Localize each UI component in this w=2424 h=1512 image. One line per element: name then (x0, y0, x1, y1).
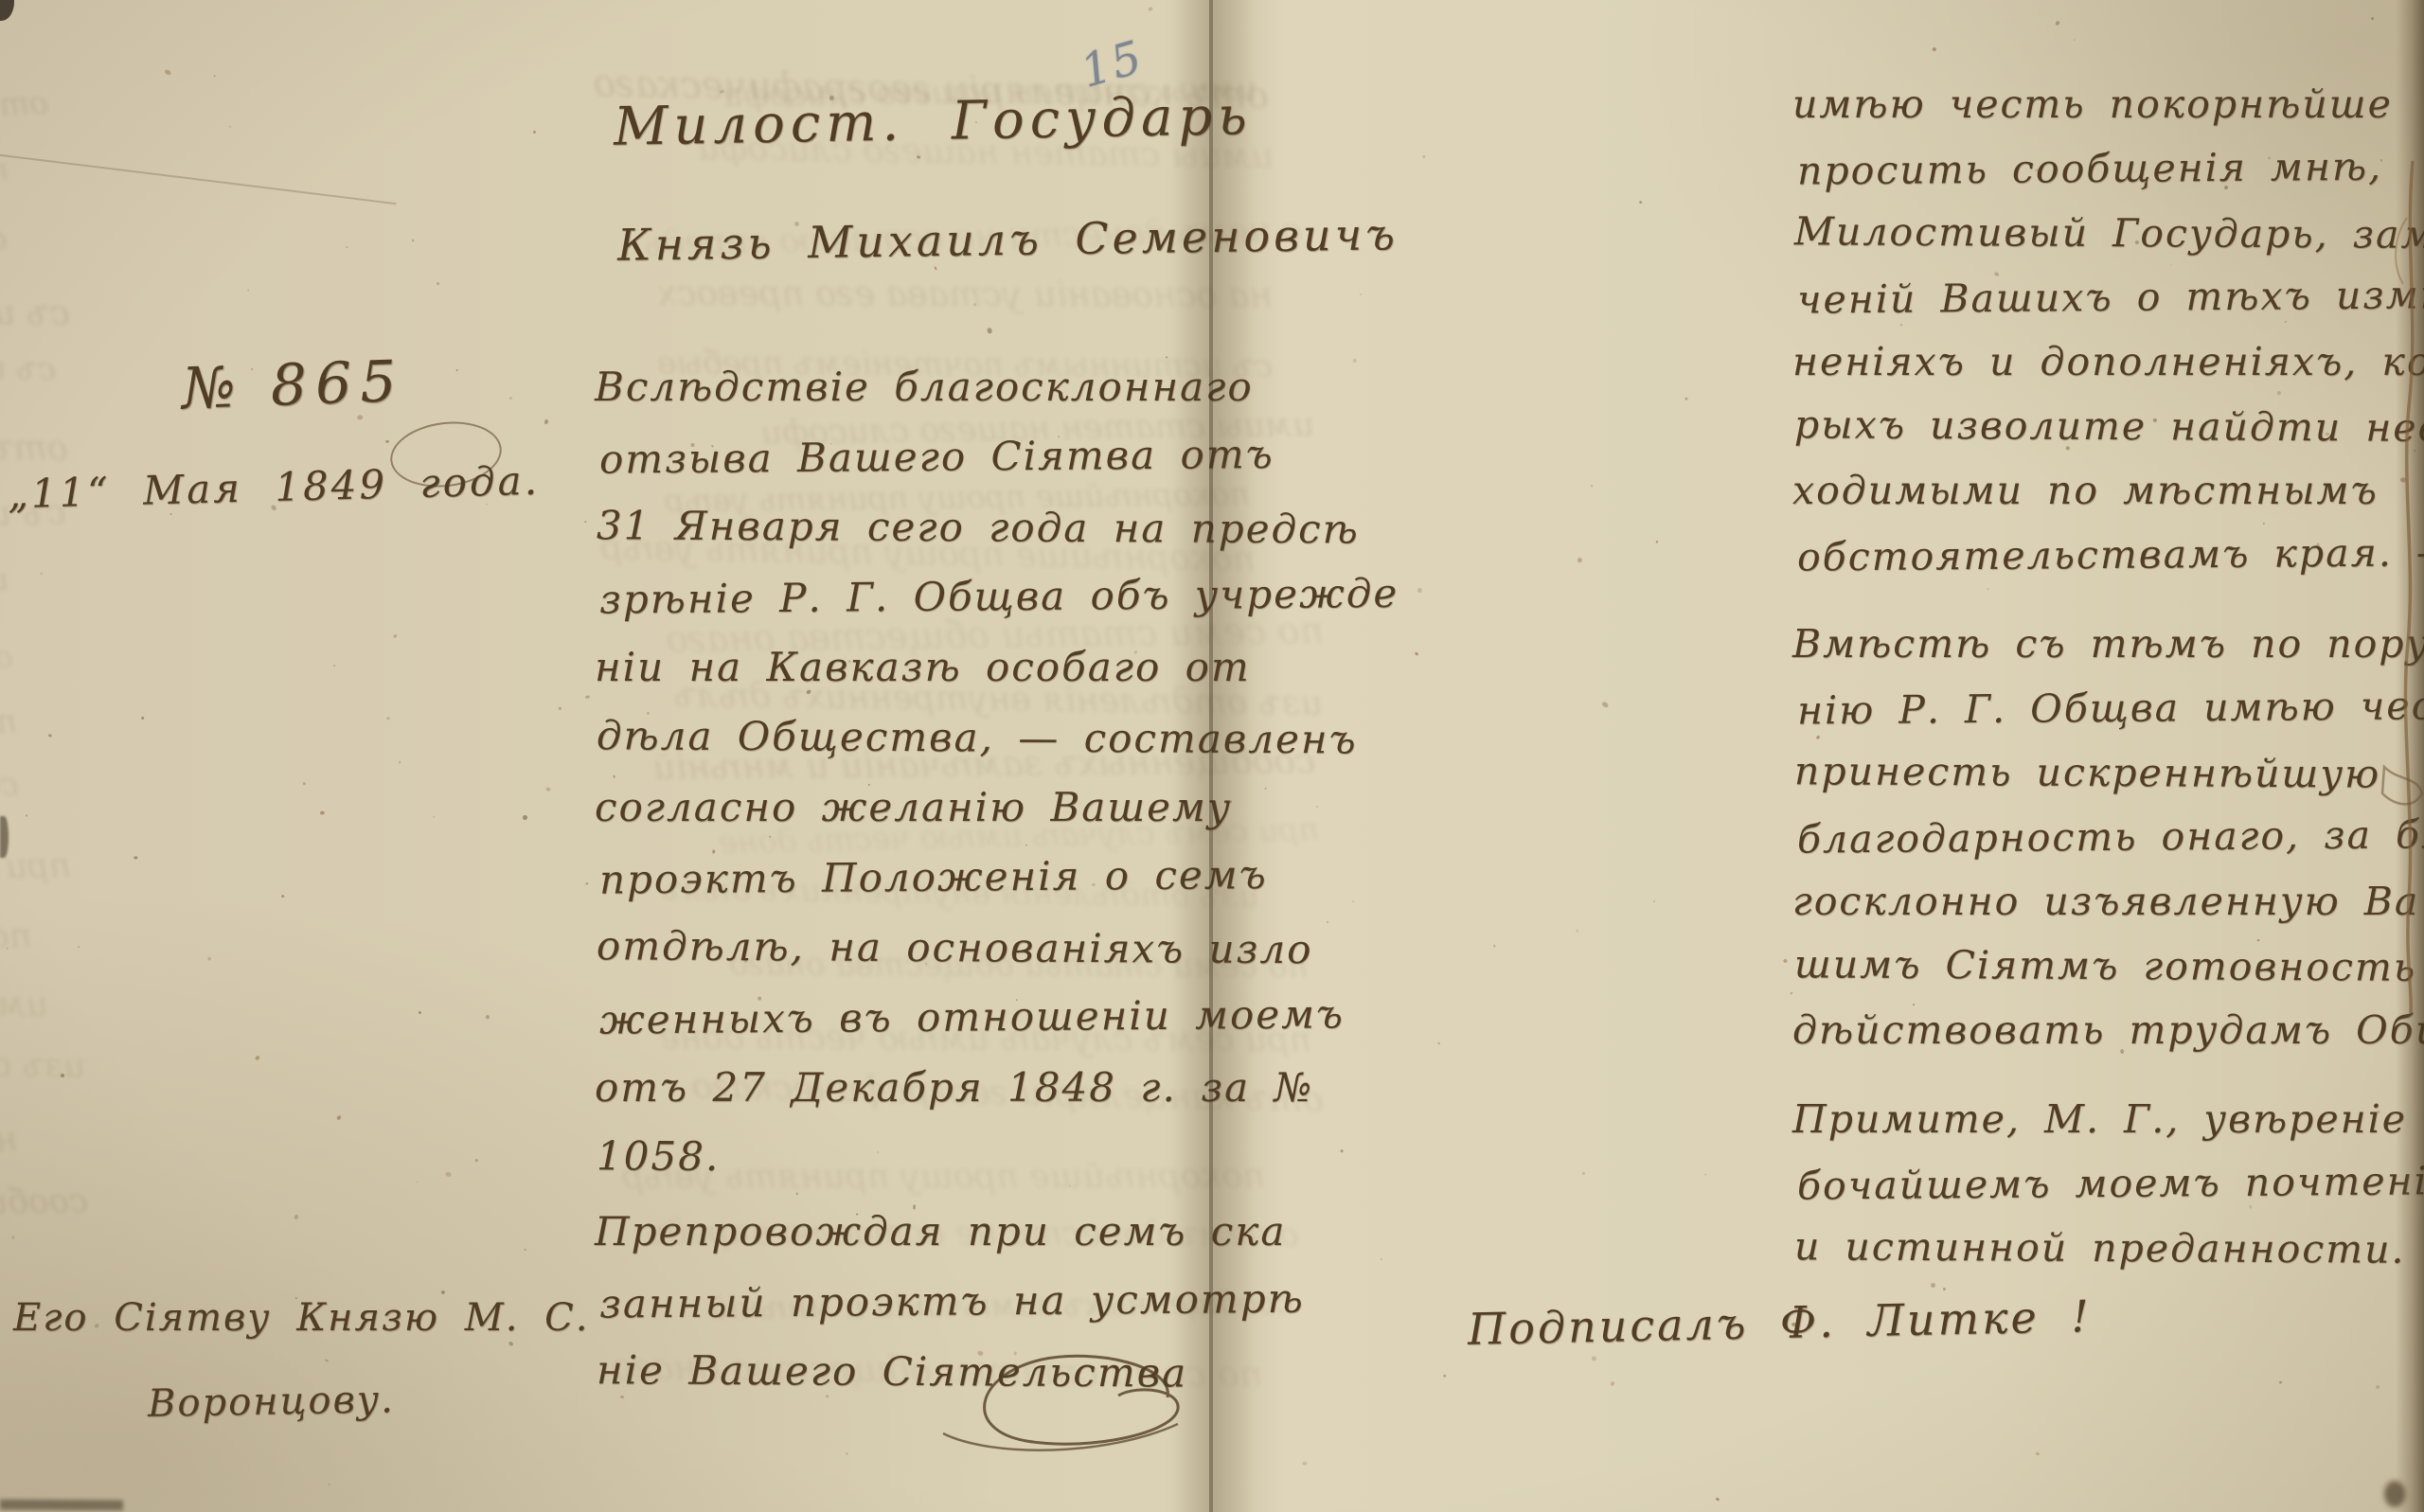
paper-speck (419, 1011, 421, 1014)
paper-speck (474, 1158, 478, 1162)
manuscript-line: отзыва Вашего Сіятва отъ (599, 419, 1225, 494)
paper-speck (523, 815, 527, 821)
bleedthrough-line: на основаніи устава его превосх (0, 1118, 18, 1165)
manuscript-line: ніи на Кавказѣ особаго от (595, 632, 1224, 703)
paper-speck (433, 815, 435, 817)
manuscript-line: имѣю честь покорнѣйше (1792, 72, 2408, 136)
paper-speck (412, 240, 415, 242)
bleedthrough-line: по семи статьи общества онаго (0, 151, 9, 193)
paper-speck (2055, 20, 2061, 27)
paper-speck (1655, 541, 1658, 544)
manuscript-scan: отъ канцеляріи географическагопо семи ст… (0, 0, 2424, 1512)
bleedthrough-line: при семъ случаѣ имѣю честь доне (0, 846, 72, 896)
paper-speck (386, 717, 390, 720)
salutation-line-2: Князь Михаилъ Семеновичъ (617, 208, 1399, 271)
manuscript-line: благодарность онаго, за бла (1797, 802, 2409, 871)
manuscript-line: ченій Вашихъ о тѣхъ измѣ (1797, 262, 2409, 331)
paper-speck (1422, 155, 1425, 158)
manuscript-line: бочайшемъ моемъ почтеніи (1797, 1148, 2409, 1218)
paper-speck (1931, 1283, 1936, 1289)
bleedthrough-line: отъ канцеляріи географическаго (0, 418, 69, 469)
paper-corner-nick (0, 0, 14, 21)
manuscript-line: 31 Января сего года на предсѣ (597, 490, 1224, 563)
paper-speck (2370, 16, 2374, 20)
paragraph: Вслѣдствіе благосклоннагоотзыва Вашего С… (595, 352, 1224, 1193)
paper-speck (417, 1182, 419, 1183)
manuscript-line: госклонно изъявленную Ва (1792, 869, 2408, 934)
paper-speck (509, 396, 513, 400)
paper-speck (1591, 485, 1594, 487)
paper-speck (1414, 652, 1418, 657)
manuscript-line: проэктъ Положенія о семъ (599, 840, 1225, 915)
paper-speck (1353, 358, 1358, 363)
paper-speck (134, 856, 137, 859)
paper-speck (1783, 959, 1788, 964)
bleedthrough-line: съ истиннымъ почтеніемъ пребыв (0, 340, 56, 389)
bleedthrough-line: сообщенныхъ замѣчаній и мнѣній (0, 766, 19, 806)
paper-speck (213, 75, 216, 78)
paper-speck (486, 1015, 490, 1020)
letter-body-left: Вслѣдствіе благосклоннагоотзыва Вашего С… (595, 352, 1224, 1407)
paragraph: имѣю честь покорнѣйшепросить сообщенія м… (1792, 72, 2408, 587)
paper-speck (1576, 929, 1579, 933)
paper-speck (1442, 1374, 1446, 1378)
paper-speck (329, 1483, 330, 1485)
paper-speck (1302, 1461, 1307, 1465)
manuscript-line: Примите, М. Г., увѣреніе въ глу (1792, 1087, 2408, 1151)
paper-speck (255, 1056, 260, 1061)
paper-speck (78, 946, 80, 948)
paper-speck (585, 695, 590, 699)
manuscript-line: дѣла Общества, — составленъ (597, 701, 1224, 774)
paper-speck (170, 513, 172, 515)
paper-speck (1943, 1287, 1947, 1290)
paper-speck (1638, 201, 1642, 205)
paper-speck (48, 733, 53, 738)
paper-speck (10, 1236, 15, 1240)
manuscript-line: Препровождая при семъ ска (595, 1197, 1224, 1267)
paper-speck (845, 1452, 847, 1456)
paper-speck (1436, 1041, 1440, 1045)
paper-speck (2279, 1380, 2283, 1384)
bleedthrough-line: имиы статен нашего слисофи (0, 979, 48, 1024)
paper-speck (347, 246, 348, 248)
paper-speck (7, 948, 9, 950)
paper-speck (1703, 1174, 1705, 1176)
paper-speck (1359, 294, 1362, 296)
manuscript-line: нію Р. Г. Общва имѣю честь (1797, 673, 2409, 742)
bleedthrough-line: съ истиннымъ почтеніемъ пребыв (0, 288, 70, 333)
manuscript-line: согласно желанію Вашему (595, 773, 1224, 843)
address-line-2: Воронцову. (12, 1355, 590, 1449)
address-block: Его Сіятву Князю М. С. Воронцову. (13, 1276, 589, 1443)
manuscript-line: женныхъ въ отношеніи моемъ (599, 980, 1225, 1055)
signature-flourish (936, 1343, 1191, 1466)
paper-speck (385, 440, 389, 443)
paragraph: Вмѣстѣ съ тѣмъ по порученію Р. Г. Общва … (1792, 612, 2408, 1062)
paper-speck (987, 327, 992, 333)
paper-speck (1327, 921, 1328, 923)
paper-speck (544, 419, 548, 425)
paper-speck (2375, 1384, 2379, 1389)
manuscript-line: рыхъ изволите найдти необ (1794, 392, 2408, 459)
bleedthrough-line: при семъ случаѣ имѣю честь доне (0, 703, 17, 746)
paper-speck (524, 1248, 527, 1252)
manuscript-line: Вслѣдствіе благосклоннаго (595, 352, 1224, 422)
corner-ink-smudge (2384, 1481, 2405, 1507)
paper-speck (1381, 1258, 1383, 1261)
paper-speck (1716, 1497, 1720, 1501)
paper-speck (303, 782, 306, 785)
manuscript-line: дѣйствовать трудамъ Общва — (1792, 998, 2408, 1062)
docket-number: № 865 (181, 348, 406, 422)
paper-speck (2073, 39, 2075, 41)
paragraph: Примите, М. Г., увѣреніе въ глубочайшемъ… (1792, 1087, 2408, 1280)
paper-speck (1653, 900, 1656, 903)
paper-speck (1493, 945, 1496, 948)
bleedthrough-line: отъ канцеляріи географическаго (0, 84, 48, 134)
paper-speck (333, 664, 336, 667)
manuscript-line: зрѣніе Р. Г. Общва объ учрежде (599, 560, 1225, 634)
manuscript-line: Вмѣстѣ съ тѣмъ по поруче (1792, 612, 2408, 676)
paper-speck (558, 706, 561, 710)
bleedthrough-line: о чемъ донести не оставлю впредь (0, 639, 13, 685)
paper-speck (1932, 46, 1936, 51)
paper-bottom-shadow (0, 1500, 123, 1511)
paper-speck (436, 281, 439, 285)
paper-speck (61, 1074, 64, 1077)
paper-speck (456, 369, 458, 371)
paper-speck (336, 1114, 342, 1120)
paper-speck (25, 814, 27, 817)
paper-scratch (0, 153, 396, 205)
paper-speck (586, 882, 589, 885)
paper-speck (533, 131, 536, 133)
paper-speck (583, 521, 586, 524)
paper-speck (141, 717, 145, 720)
paper-speck (320, 811, 326, 815)
paper-edge-nick (0, 816, 9, 858)
paper-speck (39, 571, 43, 575)
paper-speck (1417, 588, 1422, 593)
manuscript-line: неніяхъ и дополненіяхъ, кото (1792, 329, 2408, 394)
paper-speck (1341, 1149, 1344, 1153)
paper-speck (934, 266, 937, 270)
manuscript-line: отъ 27 Декабря 1848 г. за № (595, 1053, 1224, 1123)
paper-speck (400, 760, 401, 763)
binding-thread-icon (2365, 161, 2424, 1013)
signature-line: Подписалъ Ф. Литке ! (1468, 1290, 2093, 1355)
paper-speck (280, 895, 285, 899)
paper-speck (1591, 1356, 1597, 1361)
paper-speck (1148, 7, 1153, 12)
paper-speck (1265, 787, 1267, 789)
bleedthrough-line: сообщенныхъ замѣчаній и мнѣній (0, 1182, 88, 1229)
manuscript-line: ходимыми по мѣстнымъ (1792, 458, 2408, 523)
bleedthrough-line: по семи статьи общества онаго (0, 906, 32, 956)
paper-speck (393, 634, 398, 639)
paper-speck (1685, 398, 1688, 400)
manuscript-line: шимъ Сіятмъ готовность со (1794, 932, 2408, 999)
paper-speck (1582, 1172, 1585, 1175)
manuscript-line: 1058. (597, 1121, 1224, 1194)
salutation-line-1: Милост. Государь (613, 85, 1253, 158)
manuscript-line: просить сообщенія мнѣ, (1797, 133, 2409, 203)
paper-speck (2036, 1451, 2040, 1455)
paper-speck (1315, 806, 1318, 809)
paper-speck (444, 1171, 451, 1177)
paper-speck (545, 786, 551, 792)
paper-speck (229, 126, 231, 128)
manuscript-line: обстоятельствамъ края. — (1797, 520, 2409, 589)
paper-speck (973, 303, 977, 307)
paper-speck (1610, 1380, 1615, 1386)
paper-speck (294, 1215, 299, 1220)
bleedthrough-line: изъ отдѣленія внутреннихъ дѣлъ (0, 561, 9, 608)
manuscript-line: и истинной преданности. (1794, 1214, 2408, 1281)
manuscript-line: Милостивый Государь, замѣ (1794, 199, 2408, 266)
letter-body-right: имѣю честь покорнѣйшепросить сообщенія м… (1792, 72, 2408, 1280)
paper-speck (1577, 557, 1582, 562)
manuscript-line: занный проэктъ на усмотрѣ (599, 1264, 1225, 1339)
bleedthrough-line: изъ отдѣленія внутреннихъ дѣлъ (0, 1036, 86, 1086)
paper-speck (164, 69, 171, 77)
paper-speck (1601, 702, 1609, 709)
paper-speck (247, 290, 248, 292)
paper-speck (917, 155, 920, 159)
paper-speck (720, 89, 725, 93)
manuscript-line: отдѣлѣ, на основаніяхъ изло (597, 911, 1224, 984)
paper-speck (206, 956, 211, 961)
manuscript-line: принесть искреннѣйшую (1794, 738, 2408, 806)
paper-speck (1352, 900, 1355, 903)
page-fold-seam (1209, 0, 1213, 1512)
address-line-1: Его Сіятву Князю М. С. (13, 1276, 589, 1360)
bleedthrough-line: отъ канцеляріи географическаго (0, 211, 8, 258)
